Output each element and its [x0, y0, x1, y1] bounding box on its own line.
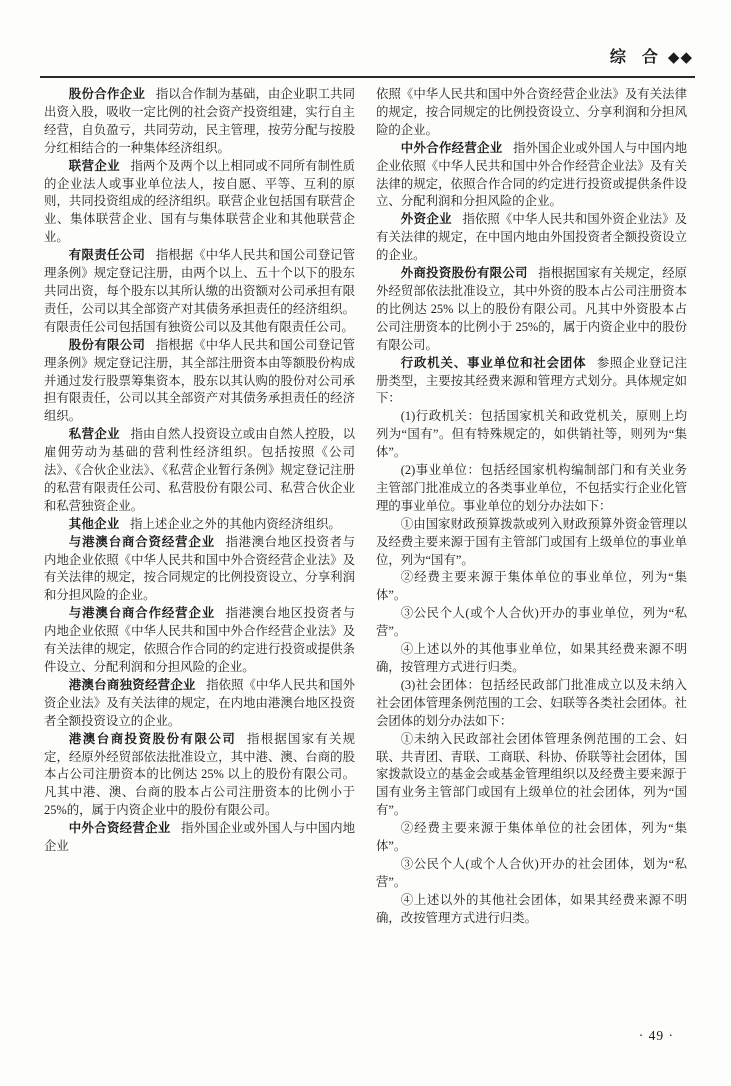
list-item: ②经费主要来源于集体单位的事业单位，列为“集体”。 — [376, 569, 687, 605]
list-item: ①未纳入民政部社会团体管理条例范围的工会、妇联、共青团、青联、工商联、科协、侨联… — [376, 731, 687, 821]
entry-term: 港澳台商独资经营企业 — [69, 678, 196, 692]
list-item: (2)事业单位：包括经国家机构编制部门和有关业务主管部门批准成立的各类事业单位，… — [376, 462, 687, 516]
glossary-entry: 私营企业指由自然人投资设立或由自然人控股，以雇佣劳动为基础的营利性经济组织。包括… — [44, 426, 355, 516]
glossary-entry: 行政机关、事业单位和社会团体参照企业登记注册类型，主要按其经费来源和管理方式划分… — [376, 355, 687, 409]
entry-term: 中外合资经营企业 — [69, 821, 171, 835]
paragraph-text: ②经费主要来源于集体单位的社会团体，列为“集体”。 — [376, 821, 687, 853]
glossary-entry: 其他企业指上述企业之外的其他内资经济组织。 — [44, 516, 355, 534]
paragraph-text: ②经费主要来源于集体单位的事业单位，列为“集体”。 — [376, 570, 687, 602]
entry-term: 股份合作企业 — [69, 87, 146, 101]
glossary-entry: 股份有限公司指根据《中华人民共和国公司登记管理条例》规定登记注册，其全部注册资本… — [44, 337, 355, 427]
paragraph-text: ①由国家财政预算拨款或列入财政预算外资金管理以及经费主要来源于国有主管部门或国有… — [376, 517, 687, 567]
entry-term: 有限责任公司 — [69, 248, 146, 262]
glossary-entry: 联营企业指两个及两个以上相同或不同所有制性质的企业法人或事业单位法人，按自愿、平… — [44, 158, 355, 248]
page-number: · 49 · — [639, 1028, 674, 1044]
paragraph-text: ④上述以外的其他社会团体，如果其经费来源不明确，改按管理方式进行归类。 — [376, 893, 687, 925]
glossary-entry: 港澳台商独资经营企业指依照《中华人民共和国外资企业法》及有关法律的规定，在内地由… — [44, 677, 355, 731]
left-column: 股份合作企业指以合作制为基础，由企业职工共同出资入股，吸收一定比例的社会资产投资… — [44, 86, 355, 928]
entry-term: 外商投资股份有限公司 — [401, 266, 528, 280]
entry-term: 港澳台商投资股份有限公司 — [69, 732, 237, 746]
paragraph-text: ④上述以外的其他事业单位，如果其经费来源不明确，按管理方式进行归类。 — [376, 642, 687, 674]
page-header: 综 合◆◆ — [44, 44, 693, 67]
continuation-paragraph: 依照《中华人民共和国中外合资经营企业法》及有关法律的规定，按合同规定的比例投资设… — [376, 86, 687, 140]
entry-definition: 指上述企业之外的其他内资经济组织。 — [130, 517, 341, 531]
diamond-decor-icon: ◆◆ — [668, 50, 693, 66]
entry-term: 与港澳台商合资经营企业 — [69, 535, 215, 549]
entry-term: 股份有限公司 — [69, 338, 146, 352]
entry-term: 与港澳台商合作经营企业 — [69, 606, 215, 620]
paragraph-text: (3)社会团体：包括经民政部门批准成立以及未纳入社会团体管理条例范围的工会、妇联… — [376, 678, 687, 728]
glossary-entry: 中外合作经营企业指外国企业或外国人与中国内地企业依照《中华人民共和国中外合作经营… — [376, 140, 687, 212]
glossary-entry: 外商投资股份有限公司指根据国家有关规定，经原外经贸部依法批准设立，其中外资的股本… — [376, 265, 687, 355]
glossary-entry: 股份合作企业指以合作制为基础，由企业职工共同出资入股，吸收一定比例的社会资产投资… — [44, 86, 355, 158]
list-item: ④上述以外的其他事业单位，如果其经费来源不明确，按管理方式进行归类。 — [376, 641, 687, 677]
paragraph-text: 依照《中华人民共和国中外合资经营企业法》及有关法律的规定，按合同规定的比例投资设… — [376, 87, 687, 137]
glossary-entry: 与港澳台商合作经营企业指港澳台地区投资者与内地企业依照《中华人民共和国中外合作经… — [44, 605, 355, 677]
entry-term: 其他企业 — [69, 517, 120, 531]
glossary-entry: 港澳台商投资股份有限公司指根据国家有关规定，经原外经贸部依法批准设立，其中港、澳… — [44, 731, 355, 821]
list-item: (3)社会团体：包括经民政部门批准成立以及未纳入社会团体管理条例范围的工会、妇联… — [376, 677, 687, 731]
paragraph-text: ③公民个人(或个人合伙)开办的社会团体，划为“私营”。 — [376, 857, 687, 889]
list-item: ①由国家财政预算拨款或列入财政预算外资金管理以及经费主要来源于国有主管部门或国有… — [376, 516, 687, 570]
list-item: ④上述以外的其他社会团体，如果其经费来源不明确，改按管理方式进行归类。 — [376, 892, 687, 928]
list-item: ③公民个人(或个人合伙)开办的社会团体，划为“私营”。 — [376, 856, 687, 892]
entry-term: 联营企业 — [69, 159, 120, 173]
entry-term: 外资企业 — [401, 212, 452, 226]
right-column: 依照《中华人民共和国中外合资经营企业法》及有关法律的规定，按合同规定的比例投资设… — [376, 86, 687, 928]
paragraph-text: (1)行政机关：包括国家机关和政党机关，原则上均列为“国有”。但有特殊规定的，如… — [376, 409, 687, 459]
document-page: 综 合◆◆ 股份合作企业指以合作制为基础，由企业职工共同出资入股，吸收一定比例的… — [0, 0, 731, 1086]
glossary-entry: 有限责任公司指根据《中华人民共和国公司登记管理条例》规定登记注册，由两个以上、五… — [44, 247, 355, 337]
glossary-entry: 外资企业指依照《中华人民共和国外资企业法》及有关法律的规定，在中国内地由外国投资… — [376, 211, 687, 265]
header-rule — [40, 76, 695, 78]
entry-term: 行政机关、事业单位和社会团体 — [401, 356, 587, 370]
entry-term: 中外合作经营企业 — [401, 141, 503, 155]
glossary-entry: 与港澳台商合资经营企业指港澳台地区投资者与内地企业依照《中华人民共和国中外合资经… — [44, 534, 355, 606]
section-title: 综 合 — [610, 49, 664, 66]
paragraph-text: ③公民个人(或个人合伙)开办的事业单位，列为“私营”。 — [376, 606, 687, 638]
text-columns: 股份合作企业指以合作制为基础，由企业职工共同出资入股，吸收一定比例的社会资产投资… — [44, 86, 687, 928]
list-item: ②经费主要来源于集体单位的社会团体，列为“集体”。 — [376, 820, 687, 856]
glossary-entry: 中外合资经营企业指外国企业或外国人与中国内地企业 — [44, 820, 355, 856]
paragraph-text: ①未纳入民政部社会团体管理条例范围的工会、妇联、共青团、青联、工商联、科协、侨联… — [376, 732, 687, 818]
list-item: (1)行政机关：包括国家机关和政党机关，原则上均列为“国有”。但有特殊规定的，如… — [376, 408, 687, 462]
list-item: ③公民个人(或个人合伙)开办的事业单位，列为“私营”。 — [376, 605, 687, 641]
paragraph-text: (2)事业单位：包括经国家机构编制部门和有关业务主管部门批准成立的各类事业单位，… — [376, 463, 687, 513]
entry-term: 私营企业 — [69, 427, 120, 441]
